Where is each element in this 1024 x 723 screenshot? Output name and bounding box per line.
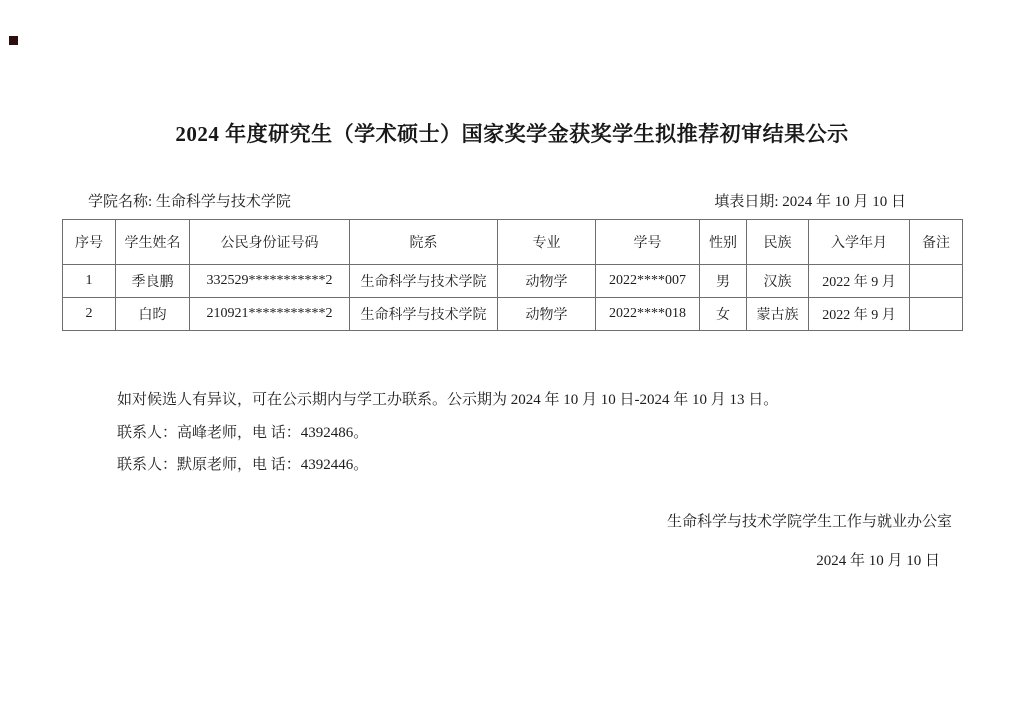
header-cell: 公民身份证号码 bbox=[190, 220, 350, 265]
header-cell: 民族 bbox=[747, 220, 809, 265]
notice-objection-text: 如对候选人有异议，可在公示期内与学工办联系。公示期为 2024 年 10 月 1… bbox=[117, 388, 778, 409]
signature-block: 生命科学与技术学院学生工作与就业办公室 2024 年 10 月 10 日 bbox=[667, 510, 952, 570]
table-cell bbox=[910, 298, 963, 331]
table-cell: 210921***********2 bbox=[190, 298, 350, 331]
contact-line-1: 联系人：高峰老师，电 话：4392486。 bbox=[117, 421, 368, 442]
table-cell: 2022 年 9 月 bbox=[809, 298, 910, 331]
table-cell: 332529***********2 bbox=[190, 265, 350, 298]
college-name-label: 学院名称: 生命科学与技术学院 bbox=[88, 190, 291, 211]
signature-office: 生命科学与技术学院学生工作与就业办公室 bbox=[667, 510, 952, 531]
meta-row: 学院名称: 生命科学与技术学院 填表日期: 2024 年 10 月 10 日 bbox=[88, 190, 906, 211]
contact-line-2: 联系人：默原老师，电 话：4392446。 bbox=[117, 453, 368, 474]
table-cell: 生命科学与技术学院 bbox=[350, 265, 498, 298]
table-header-row: 序号 学生姓名 公民身份证号码 院系 专业 学号 性别 民族 入学年月 备注 bbox=[63, 220, 963, 265]
header-cell: 备注 bbox=[910, 220, 963, 265]
header-cell: 学生姓名 bbox=[116, 220, 190, 265]
document-title: 2024 年度研究生（学术硕士）国家奖学金获奖学生拟推荐初审结果公示 bbox=[0, 118, 1024, 148]
table-cell: 2022 年 9 月 bbox=[809, 265, 910, 298]
table-cell: 2022****018 bbox=[596, 298, 700, 331]
table-row: 1 季良鹏 332529***********2 生命科学与技术学院 动物学 2… bbox=[63, 265, 963, 298]
document-page: 2024 年度研究生（学术硕士）国家奖学金获奖学生拟推荐初审结果公示 学院名称:… bbox=[0, 0, 1024, 723]
header-cell: 学号 bbox=[596, 220, 700, 265]
header-cell: 院系 bbox=[350, 220, 498, 265]
table-cell: 1 bbox=[63, 265, 116, 298]
header-cell: 专业 bbox=[498, 220, 596, 265]
table-cell: 2 bbox=[63, 298, 116, 331]
table-cell: 汉族 bbox=[747, 265, 809, 298]
table-cell: 男 bbox=[700, 265, 747, 298]
table-row: 2 白昀 210921***********2 生命科学与技术学院 动物学 20… bbox=[63, 298, 963, 331]
header-cell: 入学年月 bbox=[809, 220, 910, 265]
table-cell: 动物学 bbox=[498, 265, 596, 298]
table-cell: 2022****007 bbox=[596, 265, 700, 298]
signature-date: 2024 年 10 月 10 日 bbox=[667, 549, 940, 570]
table-cell: 白昀 bbox=[116, 298, 190, 331]
table-cell: 动物学 bbox=[498, 298, 596, 331]
table-cell: 季良鹏 bbox=[116, 265, 190, 298]
table-cell: 蒙古族 bbox=[747, 298, 809, 331]
table-cell: 女 bbox=[700, 298, 747, 331]
header-cell: 性别 bbox=[700, 220, 747, 265]
fill-date-label: 填表日期: 2024 年 10 月 10 日 bbox=[714, 190, 906, 211]
corner-mark bbox=[9, 36, 18, 45]
results-table: 序号 学生姓名 公民身份证号码 院系 专业 学号 性别 民族 入学年月 备注 1… bbox=[62, 219, 963, 331]
table-cell bbox=[910, 265, 963, 298]
header-cell: 序号 bbox=[63, 220, 116, 265]
table-cell: 生命科学与技术学院 bbox=[350, 298, 498, 331]
